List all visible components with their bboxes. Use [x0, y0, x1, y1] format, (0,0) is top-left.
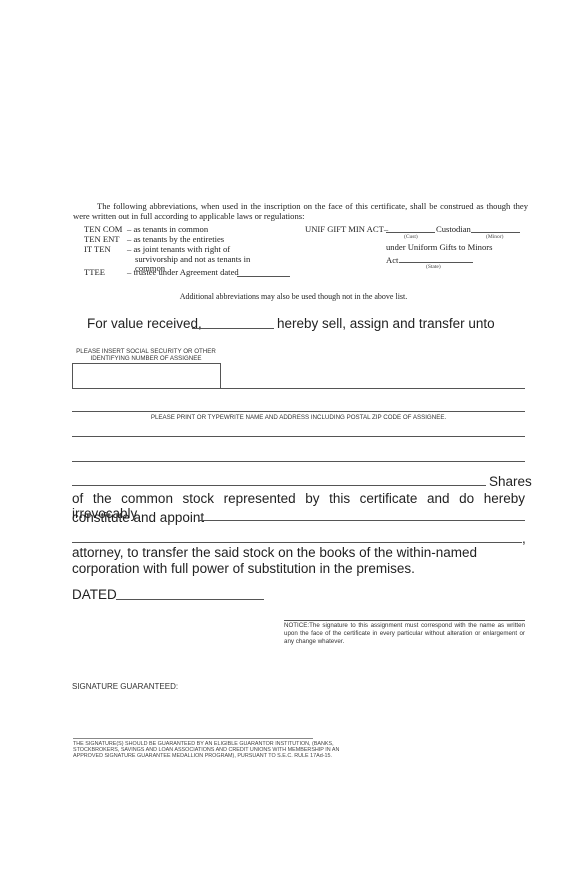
signature-guaranteed-label: SIGNATURE GUARANTEED:	[72, 682, 178, 691]
dated-label: DATED	[72, 587, 117, 602]
address-line-3[interactable]	[72, 461, 525, 462]
abbr-code: TTEE	[84, 268, 105, 278]
custodian-label: Custodian	[436, 225, 471, 235]
for-value-received-text: For value received,	[87, 316, 202, 331]
ssn-input-box[interactable]	[72, 363, 221, 389]
custodian-name-line[interactable]	[386, 232, 435, 233]
address-line-1[interactable]	[72, 411, 525, 412]
unif-gift-label: UNIF GIFT MIN ACT–	[305, 225, 388, 235]
ssn-label: PLEASE INSERT SOCIAL SECURITY OR OTHER I…	[72, 348, 220, 362]
trustee-date-line[interactable]	[237, 276, 290, 277]
minor-caption: (Minor)	[486, 234, 503, 240]
guarantee-disclaimer: THE SIGNATURE(S) SHOULD BE GUARANTEED BY…	[73, 741, 343, 760]
address-line-2[interactable]	[72, 436, 525, 437]
state-caption: (State)	[426, 264, 441, 270]
signature-line[interactable]	[284, 620, 525, 621]
attorney-name-line[interactable]	[198, 520, 525, 521]
dated-line[interactable]	[116, 599, 264, 600]
minor-name-line[interactable]	[471, 232, 520, 233]
state-line[interactable]	[399, 262, 473, 263]
ssn-label-line2: IDENTIFYING NUMBER OF ASSIGNEE	[72, 355, 220, 362]
attorney-name-line-2[interactable]	[72, 542, 522, 543]
abbr-definition: – trustee under Agreement dated	[127, 268, 239, 278]
abbreviations-intro: The following abbreviations, when used i…	[73, 201, 528, 221]
signature-notice: NOTICE:The signature to this assignment …	[284, 622, 525, 646]
ssn-label-line1: PLEASE INSERT SOCIAL SECURITY OR OTHER	[72, 348, 220, 355]
under-ugma-text: under Uniform Gifts to Minors	[386, 243, 492, 253]
transferor-line[interactable]	[192, 328, 274, 329]
address-label: PLEASE PRINT OR TYPEWRITE NAME AND ADDRE…	[72, 414, 525, 421]
abbr-code: IT TEN	[84, 245, 111, 255]
act-label: Act	[386, 256, 398, 266]
assignee-line[interactable]	[220, 388, 525, 389]
shares-label: Shares	[489, 474, 532, 489]
comma: ,	[522, 531, 526, 546]
cust-caption: (Cust)	[404, 234, 418, 240]
constitute-text: constitute and appoint	[72, 510, 204, 525]
shares-count-line[interactable]	[72, 485, 486, 486]
hereby-transfer-text: hereby sell, assign and transfer unto	[277, 316, 495, 331]
attorney-text: attorney, to transfer the said stock on …	[72, 545, 527, 577]
additional-abbreviations-note: Additional abbreviations may also be use…	[0, 292, 587, 301]
guarantor-signature-line[interactable]	[73, 738, 313, 739]
